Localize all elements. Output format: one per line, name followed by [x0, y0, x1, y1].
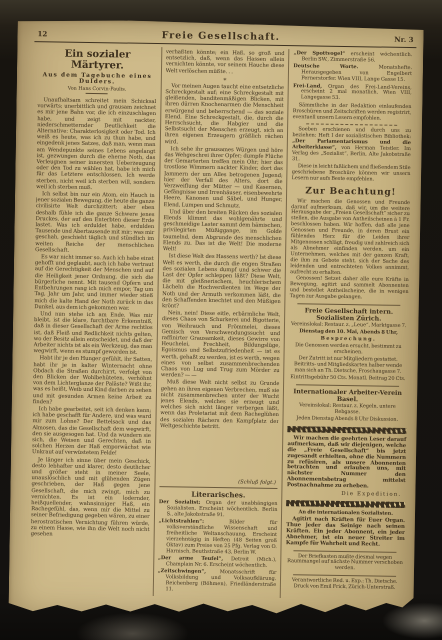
ornament-divider: [287, 500, 406, 508]
section-rule: [294, 550, 397, 553]
briefkasten-note: Der Briefkasten mußte diesmal wegen Raum…: [285, 554, 404, 574]
article-paragraph: Vor meinen Augen taucht eine entsetzlich…: [164, 83, 284, 147]
column-1: Ein sozialer Märtyrer. Aus dem Tagebuche…: [26, 45, 161, 596]
section-rule: [296, 384, 399, 387]
basel-schedule: Jeden Dienstag Abends 8 Uhr Diskussion.: [288, 416, 407, 424]
continuation-note: (Schluß folgt.): [159, 478, 276, 486]
entry-text: Bilder für volksverständliche Wissenscha…: [166, 519, 277, 555]
article-paragraph: Ist diese Welt des Hassens werth? Ist di…: [162, 253, 282, 311]
column-layout: Ein sozialer Märtyrer. Aus dem Tagebuche…: [26, 45, 417, 600]
article-paragraph: Nein, nein! Diese eitle, erbärmliche Wel…: [161, 310, 281, 380]
expedition-notice: Wir machen die geehrten Leser darauf auf…: [287, 436, 406, 491]
new-publication-note: Soeben erschienen und durch uns zu bezie…: [292, 128, 411, 165]
article-text-col2: verhaßten könnte; ein Haß, so groß und e…: [159, 49, 284, 479]
article-text-col1: Unaufhaltsam schreitet mein Schicksal vo…: [30, 97, 156, 596]
ornament-divider: [288, 426, 407, 434]
article-paragraph: Je länger ich sinne über mein Geschick, …: [31, 457, 151, 539]
article-paragraph: Es war nicht immer so. Auch ich habe ein…: [34, 254, 154, 312]
literature-entry: „Lichtstrahlen“: Bilder für volksverstän…: [158, 519, 277, 556]
beachtung-body: Wir machen die Genossen und Freunde dara…: [290, 199, 410, 278]
literature-entry: Der Sozialist: Organ der unabhängigen So…: [159, 500, 278, 520]
literarisches-heading: Literarisches.: [159, 486, 278, 500]
literature-entry: „Zeitschwingen“, Monatsschrift für Volks…: [157, 570, 276, 595]
press-notice: Frei-Land, Organ des Frei-Land-Vereins, …: [293, 84, 412, 104]
section-rule: [293, 574, 396, 577]
appeal-body-wrap: Agitirt nach Kräften für Euer Organ. Thu…: [286, 517, 405, 548]
article-paragraph: Unaufhaltsam schreitet mein Schicksal vo…: [36, 97, 156, 192]
expedition-signature: Die Expedition.: [287, 490, 402, 498]
masthead-title: Freie Gesellschaft.: [162, 30, 281, 43]
article-paragraph: Habt ihr je den Hunger gefühlt, ihr Satt…: [33, 355, 152, 406]
section-rule: [298, 303, 401, 306]
article-paragraph: Ich sehe ihr grausames Würgen und höre d…: [164, 146, 284, 210]
press-notice: Deutsche Worte. Monatshefte. Herausgegeb…: [293, 64, 412, 84]
expedition-body: Wir machen die geehrten Leser darauf auf…: [287, 436, 406, 491]
column-3: „Der Spottvogel“ erscheint wöchentlich. …: [280, 49, 416, 600]
page-number: 12: [37, 29, 47, 38]
newspaper-page: 12 Freie Gesellschaft. Nr. 3 Ein soziale…: [8, 19, 423, 623]
article-paragraph: Ich habe gearbeitet, seit ich denken kan…: [32, 406, 151, 457]
dashed-rule: [306, 124, 397, 126]
registration-note: Sämmtliche in der Redaktion einlaufenden…: [293, 103, 412, 123]
article-subtitle: Aus dem Tagebuche eines Dulders.: [38, 72, 157, 86]
article-paragraph: Ich selbst bin nur ein Atom, ein Hauch i…: [35, 191, 155, 255]
byline-rule: [86, 93, 108, 94]
issue-number: Nr. 3: [394, 35, 413, 44]
article-title: Ein sozialer Märtyrer.: [38, 48, 157, 72]
article-paragraph: Und über den breiten Rücken des sozialen…: [163, 209, 282, 254]
impressum-printer: Druck von Emil Frick, Zürich-Unterstraß.: [285, 584, 404, 592]
column-2: verhaßten könnte; ein Haß, so groß und e…: [152, 47, 288, 598]
beachtung-appeal: Genossen! Setzet daher alle eure Kräfte …: [290, 277, 409, 302]
article-paragraph: verhaßten könnte; ein Haß, so groß und e…: [166, 49, 285, 76]
article-paragraph: Und nun stehe ich am Ende. Was mir bleib…: [34, 311, 153, 356]
beachtung-heading: Zur Beachtung!: [291, 186, 410, 198]
appeal-body: Agitirt nach Kräften für Euer Organ. Thu…: [286, 517, 405, 548]
article-paragraph: Muß diese Welt nicht selbst zu Grunde ge…: [160, 379, 279, 430]
article-byline: Von Hans Corvin-Paulis.: [38, 86, 157, 93]
zurich-fees: Eintrittsgebühr 50 Cts. Monatl. Beitrag …: [288, 375, 407, 383]
printed-area: 12 Freie Gesellschaft. Nr. 3 Ein soziale…: [26, 28, 417, 607]
publication-recommendation: Diese in leicht faßlichem und fließendem…: [292, 164, 411, 184]
